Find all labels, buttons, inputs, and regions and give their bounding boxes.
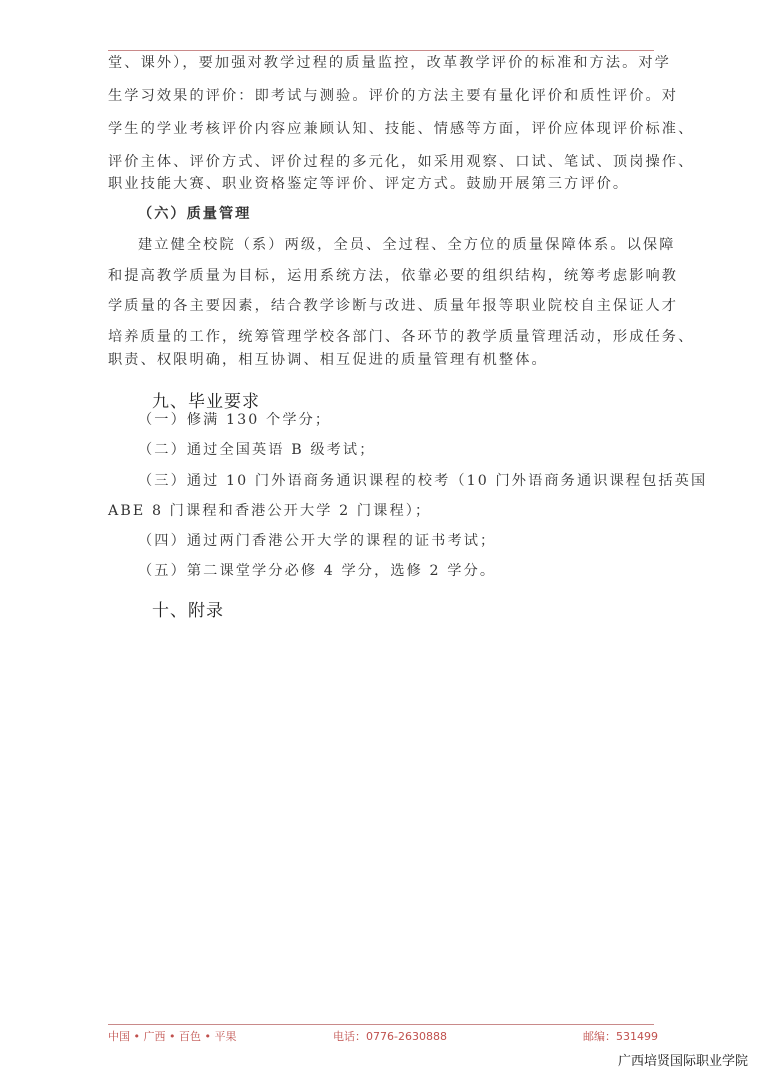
requirement-item: （一）修满 130 个学分； xyxy=(138,410,331,430)
paragraph-line: 建立健全校院（系）两级，全员、全过程、全方位的质量保障体系。以保障 xyxy=(138,235,676,255)
section-heading: 九、毕业要求 xyxy=(152,387,260,412)
paragraph-line: 堂、课外），要加强对教学过程的质量监控，改革教学评价的标准和方法。对学 xyxy=(108,53,671,73)
header-rule xyxy=(108,50,654,51)
paragraph-line: 学质量的各主要因素，结合教学诊断与改进、质量年报等职业院校自主保证人才 xyxy=(108,296,678,316)
requirement-item: （二）通过全国英语 B 级考试； xyxy=(138,440,375,460)
footer-rule xyxy=(108,1024,654,1025)
paragraph-line: 职业技能大赛、职业资格鉴定等评价、评定方式。鼓励开展第三方评价。 xyxy=(108,174,629,194)
requirement-item: （五）第二课堂学分必修 4 学分，选修 2 学分。 xyxy=(138,561,496,581)
paragraph-line: 学生的学业考核评价内容应兼顾认知、技能、情感等方面，评价应体现评价标准、 xyxy=(108,119,694,139)
footer-phone: 电话：0776-2630888 xyxy=(333,1028,447,1044)
footer-postcode: 邮编：531499 xyxy=(583,1028,658,1044)
paragraph-line: 职责、权限明确，相互协调、相互促进的质量管理有机整体。 xyxy=(108,350,548,370)
footer-location: 中国 • 广西 • 百色 • 平果 xyxy=(108,1028,236,1044)
requirement-item: （三）通过 10 门外语商务通识课程的校考（10 门外语商务通识课程包括英国 xyxy=(138,471,707,491)
paragraph-line: 生学习效果的评价：即考试与测验。评价的方法主要有量化评价和质性评价。对 xyxy=(108,86,678,106)
subsection-heading: （六）质量管理 xyxy=(138,204,251,224)
paragraph-line: 培养质量的工作，统筹管理学校各部门、各环节的教学质量管理活动，形成任务、 xyxy=(108,327,694,347)
requirement-item: （四）通过两门香港公开大学的课程的证书考试； xyxy=(138,531,496,551)
paragraph-line: 评价主体、评价方式、评价过程的多元化，如采用观察、口试、笔试、顶岗操作、 xyxy=(108,152,694,172)
school-name: 广西培贤国际职业学院 xyxy=(618,1050,748,1069)
requirement-item: ABE 8 门课程和香港公开大学 2 门课程）； xyxy=(108,501,431,521)
section-heading: 十、附录 xyxy=(152,596,224,621)
paragraph-line: 和提高教学质量为目标，运用系统方法，依靠必要的组织结构，统筹考虑影响教 xyxy=(108,266,678,286)
